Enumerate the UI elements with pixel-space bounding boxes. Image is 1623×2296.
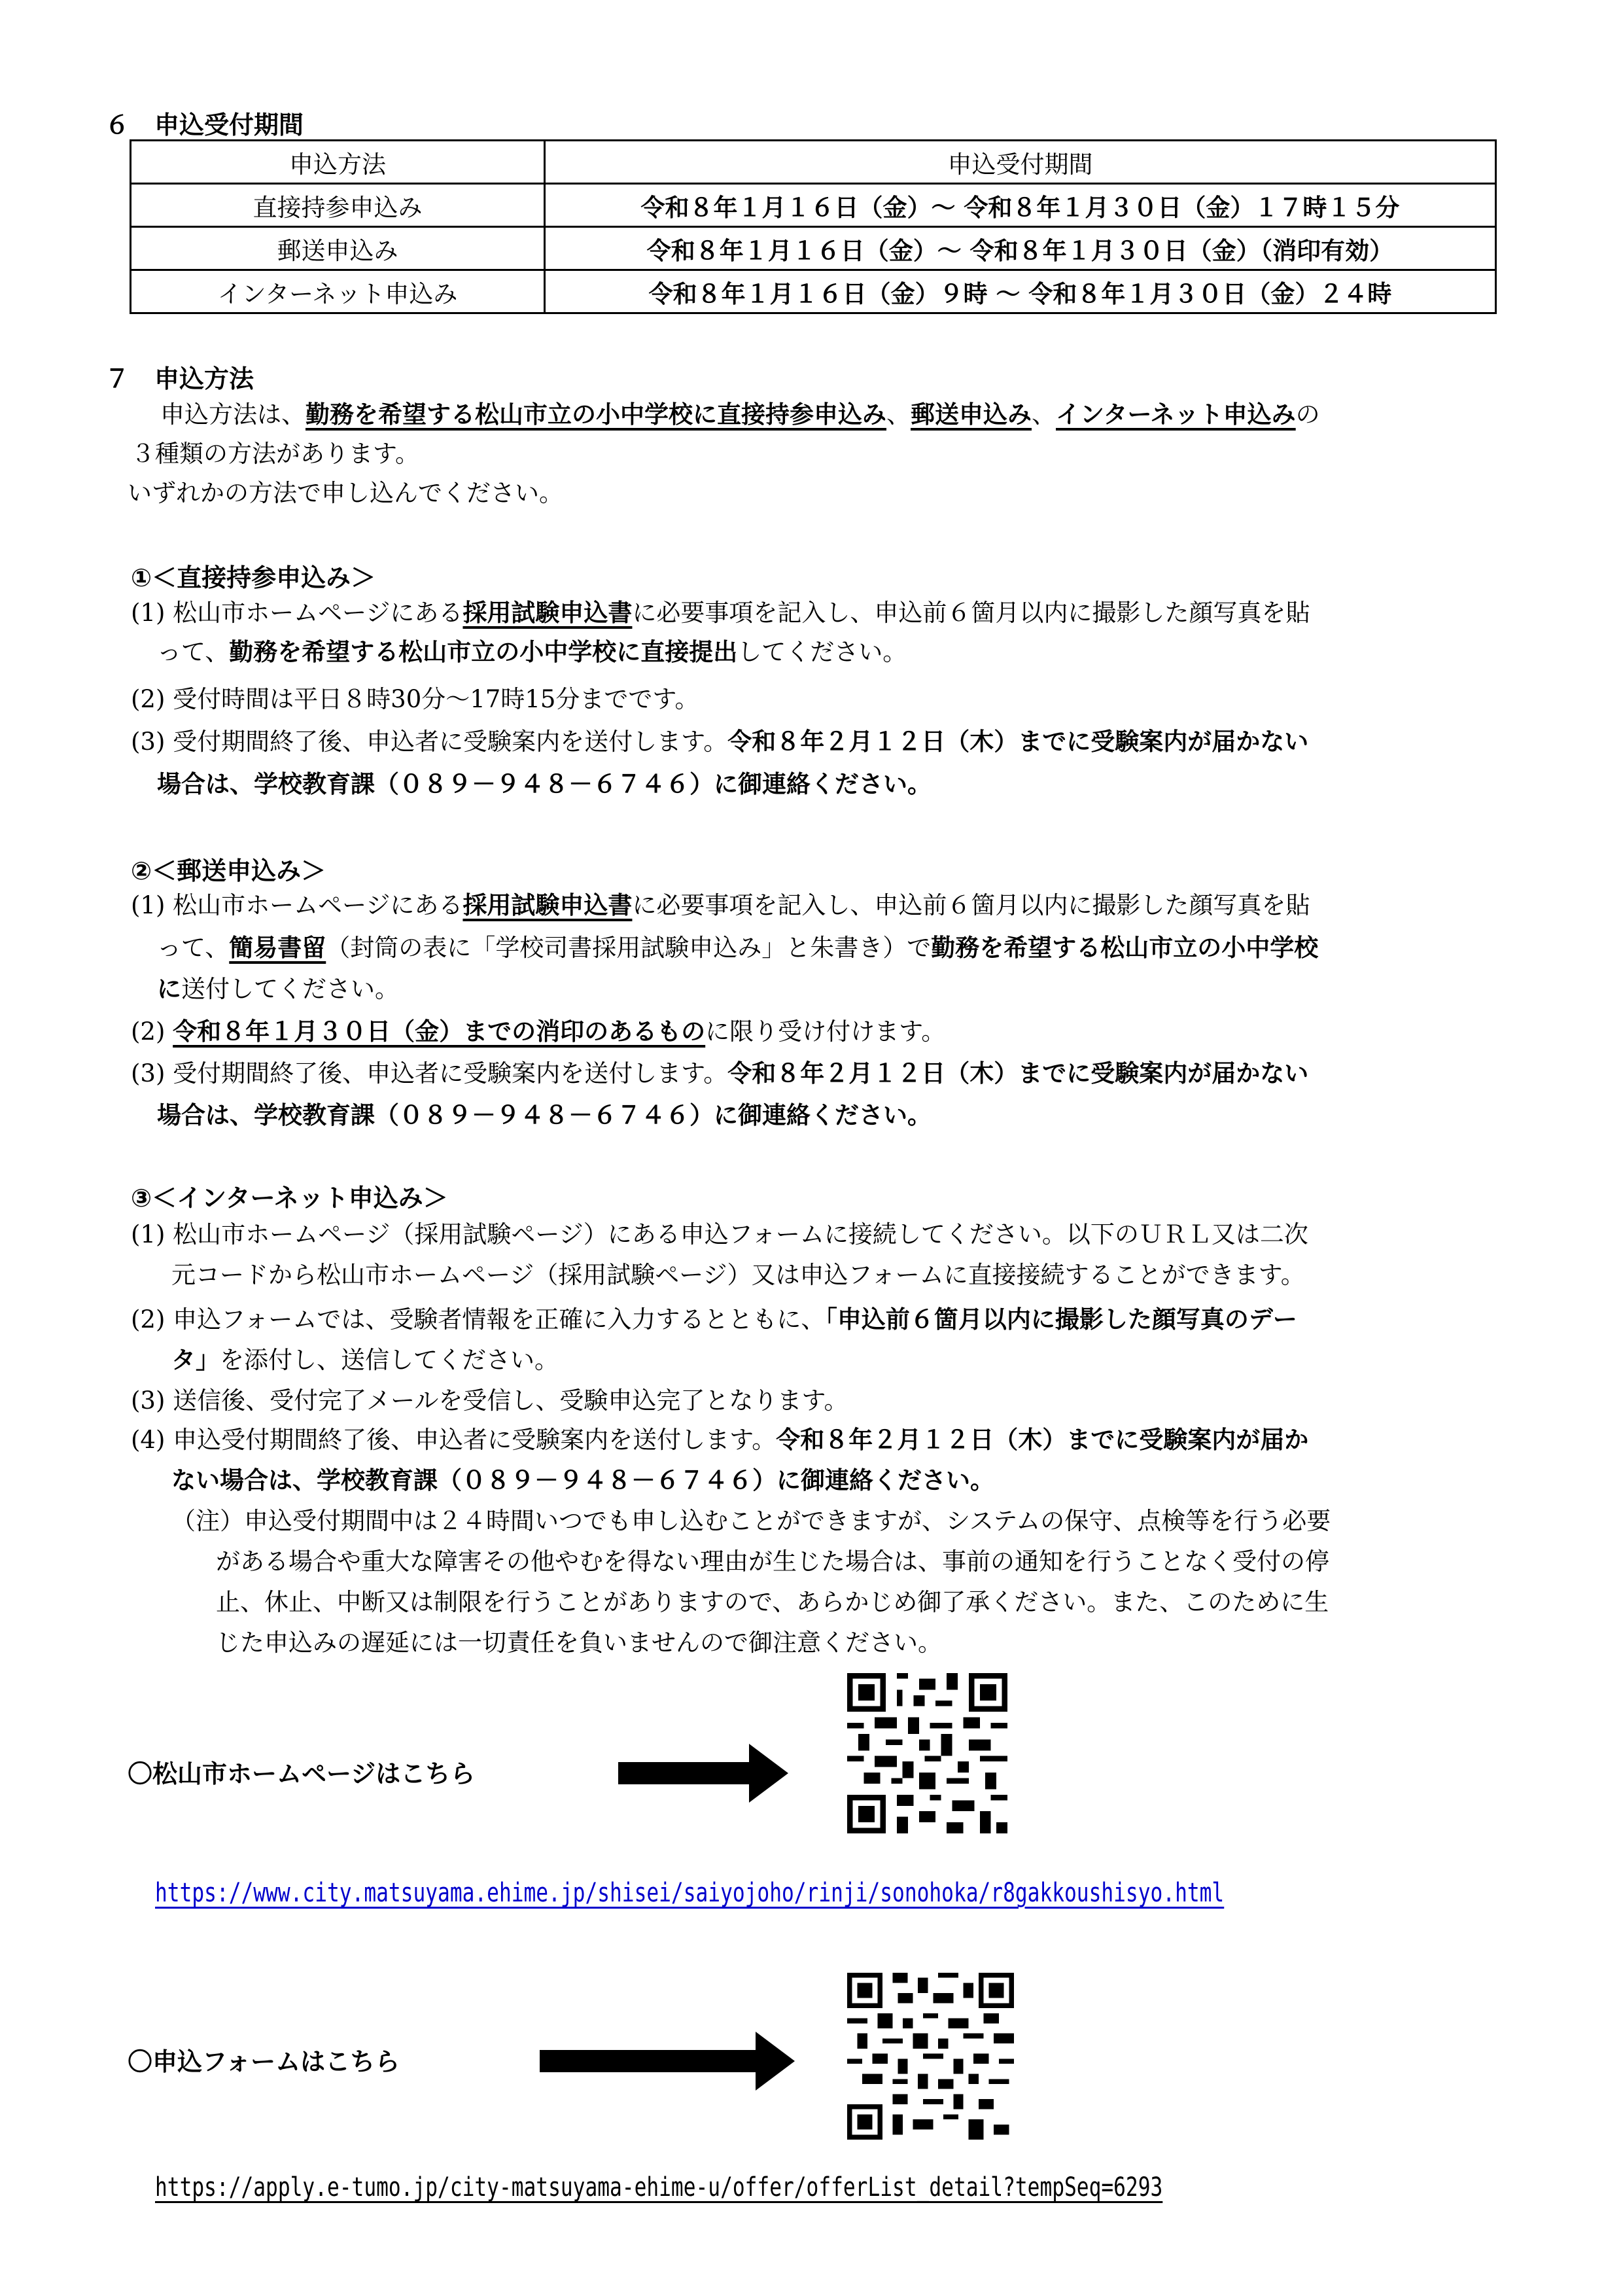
text: (4) 申込受付期間終了後、申込者に受験案内を送付します。 — [131, 1426, 776, 1454]
table-header-row: 申込方法 申込受付期間 — [131, 141, 1496, 184]
deadline-emphasis: 令和８年２月１２日（木）までに受験案内が届か — [776, 1426, 1308, 1454]
application-period-table: 申込方法 申込受付期間 直接持参申込み 令和８年１月１６日（金）～ 令和８年１月… — [130, 139, 1497, 314]
header-method: 申込方法 — [131, 141, 545, 184]
note-line-3: 止、休止、中断又は制限を行うことがありますので、あらかじめ御了承ください。また、… — [216, 1583, 1329, 1621]
right-arrow-icon — [618, 1744, 788, 1803]
form-label: 〇申込フォームはこちら — [128, 2041, 400, 2077]
header-period: 申込受付期間 — [545, 141, 1496, 184]
direct-heading: ①＜直接持参申込み＞ — [131, 557, 375, 593]
text: に必要事項を記入し、申込前６箇月以内に撮影した顔写真を貼 — [632, 599, 1310, 627]
qr-code-icon[interactable] — [847, 1973, 1014, 2140]
separator: 、 — [886, 400, 911, 429]
text: を添付し、送信してください。 — [220, 1346, 559, 1374]
mail-item-1: (1) 松山市ホームページにある採用試験申込書に必要事項を記入し、申込前６箇月以… — [131, 887, 1310, 925]
mail-item-1-cont2: に送付してください。 — [157, 970, 399, 1008]
mail-item-3-cont: 場合は、学校教育課（０８９－９４８－６７４６）に御連絡ください。 — [157, 1097, 932, 1135]
direct-item-3: (3) 受付期間終了後、申込者に受験案内を送付します。令和８年２月１２日（木）ま… — [131, 723, 1308, 761]
internet-item-4-cont: ない場合は、学校教育課（０８９－９４８－６７４６）に御連絡ください。 — [171, 1462, 994, 1500]
deadline-emphasis: 令和８年２月１２日（木）までに受験案内が届かない — [727, 1059, 1308, 1087]
method-cell: 直接持参申込み — [131, 184, 545, 227]
application-form-emphasis: 採用試験申込書 — [462, 891, 632, 919]
text: (1) 松山市ホームページにある — [131, 599, 462, 627]
school-emphasis: 勤務を希望する松山市立の小中学校 — [931, 934, 1318, 962]
table-row: 郵送申込み 令和８年１月１６日（金）～ 令和８年１月３０日（金）（消印有効） — [131, 227, 1496, 270]
internet-item-4: (4) 申込受付期間終了後、申込者に受験案内を送付します。令和８年２月１２日（木… — [131, 1421, 1308, 1459]
direct-item-3-cont: 場合は、学校教育課（０８９－９４８－６７４６）に御連絡ください。 — [157, 766, 932, 804]
registered-mail-emphasis: 簡易書留 — [229, 934, 326, 962]
direct-item-1: (1) 松山市ホームページにある採用試験申込書に必要事項を記入し、申込前６箇月以… — [131, 594, 1310, 632]
section7-heading: ７ 申込方法 — [105, 359, 254, 395]
method-direct-emphasis: 勤務を希望する松山市立の小中学校に直接持参申込み — [305, 400, 886, 429]
method-internet-emphasis: インターネット申込み — [1056, 400, 1296, 429]
method-cell: インターネット申込み — [131, 270, 545, 313]
text: (3) 受付期間終了後、申込者に受験案内を送付します。 — [131, 728, 727, 756]
text: (3) 受付期間終了後、申込者に受験案内を送付します。 — [131, 1059, 727, 1087]
method-cell: 郵送申込み — [131, 227, 545, 270]
note-line-1: （注）申込受付期間中は２４時間いつでも申し込むことができますが、システムの保守、… — [171, 1502, 1331, 1540]
internet-item-3: (3) 送信後、受付完了メールを受信し、受験申込完了となります。 — [131, 1382, 848, 1420]
table-row: インターネット申込み 令和８年１月１６日（金）９時 ～ 令和８年１月３０日（金）… — [131, 270, 1496, 313]
form-url-link[interactable]: https://apply.e-tumo.jp/city-matsuyama-e… — [155, 2172, 1162, 2202]
period-cell: 令和８年１月１６日（金）～ 令和８年１月３０日（金）（消印有効） — [545, 227, 1496, 270]
text: タ」 — [171, 1346, 220, 1374]
internet-item-2: (2) 申込フォームでは、受験者情報を正確に入力するとともに、「申込前６箇月以内… — [131, 1301, 1297, 1339]
section6-heading: ６ 申込受付期間 — [105, 105, 304, 141]
intro-line-2: ３種類の方法があります。 — [131, 435, 419, 473]
period-cell: 令和８年１月１６日（金）９時 ～ 令和８年１月３０日（金）２４時 — [545, 270, 1496, 313]
table-row: 直接持参申込み 令和８年１月１６日（金）～ 令和８年１月３０日（金）１７時１５分 — [131, 184, 1496, 227]
text: （封筒の表に「学校司書採用試験申込み」と朱書き）で — [326, 934, 931, 962]
homepage-url-link[interactable]: https://www.city.matsuyama.ehime.jp/shis… — [155, 1878, 1224, 1908]
deadline-emphasis: 令和８年２月１２日（木）までに受験案内が届かない — [727, 728, 1308, 756]
period-cell: 令和８年１月１６日（金）～ 令和８年１月３０日（金）１７時１５分 — [545, 184, 1496, 227]
internet-item-2-cont: タ」を添付し、送信してください。 — [171, 1341, 559, 1379]
method-mail-emphasis: 郵送申込み — [911, 400, 1032, 429]
text: に限り受け付けます。 — [705, 1017, 945, 1046]
text: してください。 — [737, 638, 907, 666]
text: 送付してください。 — [181, 975, 399, 1003]
note-line-2: がある場合や重大な障害その他やむを得ない理由が生じた場合は、事前の通知を行うこと… — [216, 1543, 1329, 1581]
photo-data-emphasis: 「申込前６箇月以内に撮影した顔写真のデー — [825, 1305, 1297, 1333]
qr-code-icon[interactable] — [847, 1673, 1007, 1833]
text: って、 — [157, 934, 229, 962]
intro-text: 申込方法は、 — [160, 400, 305, 429]
mail-item-3: (3) 受付期間終了後、申込者に受験案内を送付します。令和８年２月１２日（木）ま… — [131, 1055, 1308, 1093]
submit-school-emphasis: 勤務を希望する松山市立の小中学校に直接提出 — [229, 638, 737, 666]
note-line-4: じた申込みの遅延には一切責任を負いませんので御注意ください。 — [216, 1624, 942, 1662]
internet-item-1: (1) 松山市ホームページ（採用試験ページ）にある申込フォームに接続してください… — [131, 1216, 1308, 1254]
text: (2) 申込フォームでは、受験者情報を正確に入力するとともに、 — [131, 1305, 825, 1333]
right-arrow-icon — [540, 2032, 795, 2091]
mail-heading: ②＜郵送申込み＞ — [131, 851, 326, 887]
direct-item-1-cont: って、勤務を希望する松山市立の小中学校に直接提出してください。 — [157, 633, 907, 671]
text: に — [157, 975, 181, 1003]
homepage-label: 〇松山市ホームページはこちら — [128, 1754, 475, 1790]
intro-line-3: いずれかの方法で申し込んでください。 — [128, 474, 563, 512]
internet-item-1-cont: 元コードから松山市ホームページ（採用試験ページ）又は申込フォームに直接接続するこ… — [171, 1256, 1305, 1294]
intro-text: の — [1296, 400, 1320, 429]
text: って、 — [157, 638, 229, 666]
internet-heading: ③＜インターネット申込み＞ — [131, 1178, 448, 1214]
intro-paragraph: 申込方法は、勤務を希望する松山市立の小中学校に直接持参申込み、郵送申込み、インタ… — [160, 396, 1320, 434]
postmark-emphasis: 令和８年１月３０日（金）までの消印のあるもの — [173, 1017, 705, 1046]
mail-item-2: (2) 令和８年１月３０日（金）までの消印のあるものに限り受け付けます。 — [131, 1013, 945, 1051]
text: (1) 松山市ホームページにある — [131, 891, 462, 919]
text: に必要事項を記入し、申込前６箇月以内に撮影した顔写真を貼 — [632, 891, 1310, 919]
application-form-emphasis: 採用試験申込書 — [462, 599, 632, 627]
separator: 、 — [1032, 400, 1056, 429]
direct-item-2: (2) 受付時間は平日８時30分～17時15分までです。 — [131, 680, 699, 718]
mail-item-1-cont: って、簡易書留（封筒の表に「学校司書採用試験申込み」と朱書き）で勤務を希望する松… — [157, 929, 1318, 967]
text: (2) — [131, 1017, 173, 1046]
